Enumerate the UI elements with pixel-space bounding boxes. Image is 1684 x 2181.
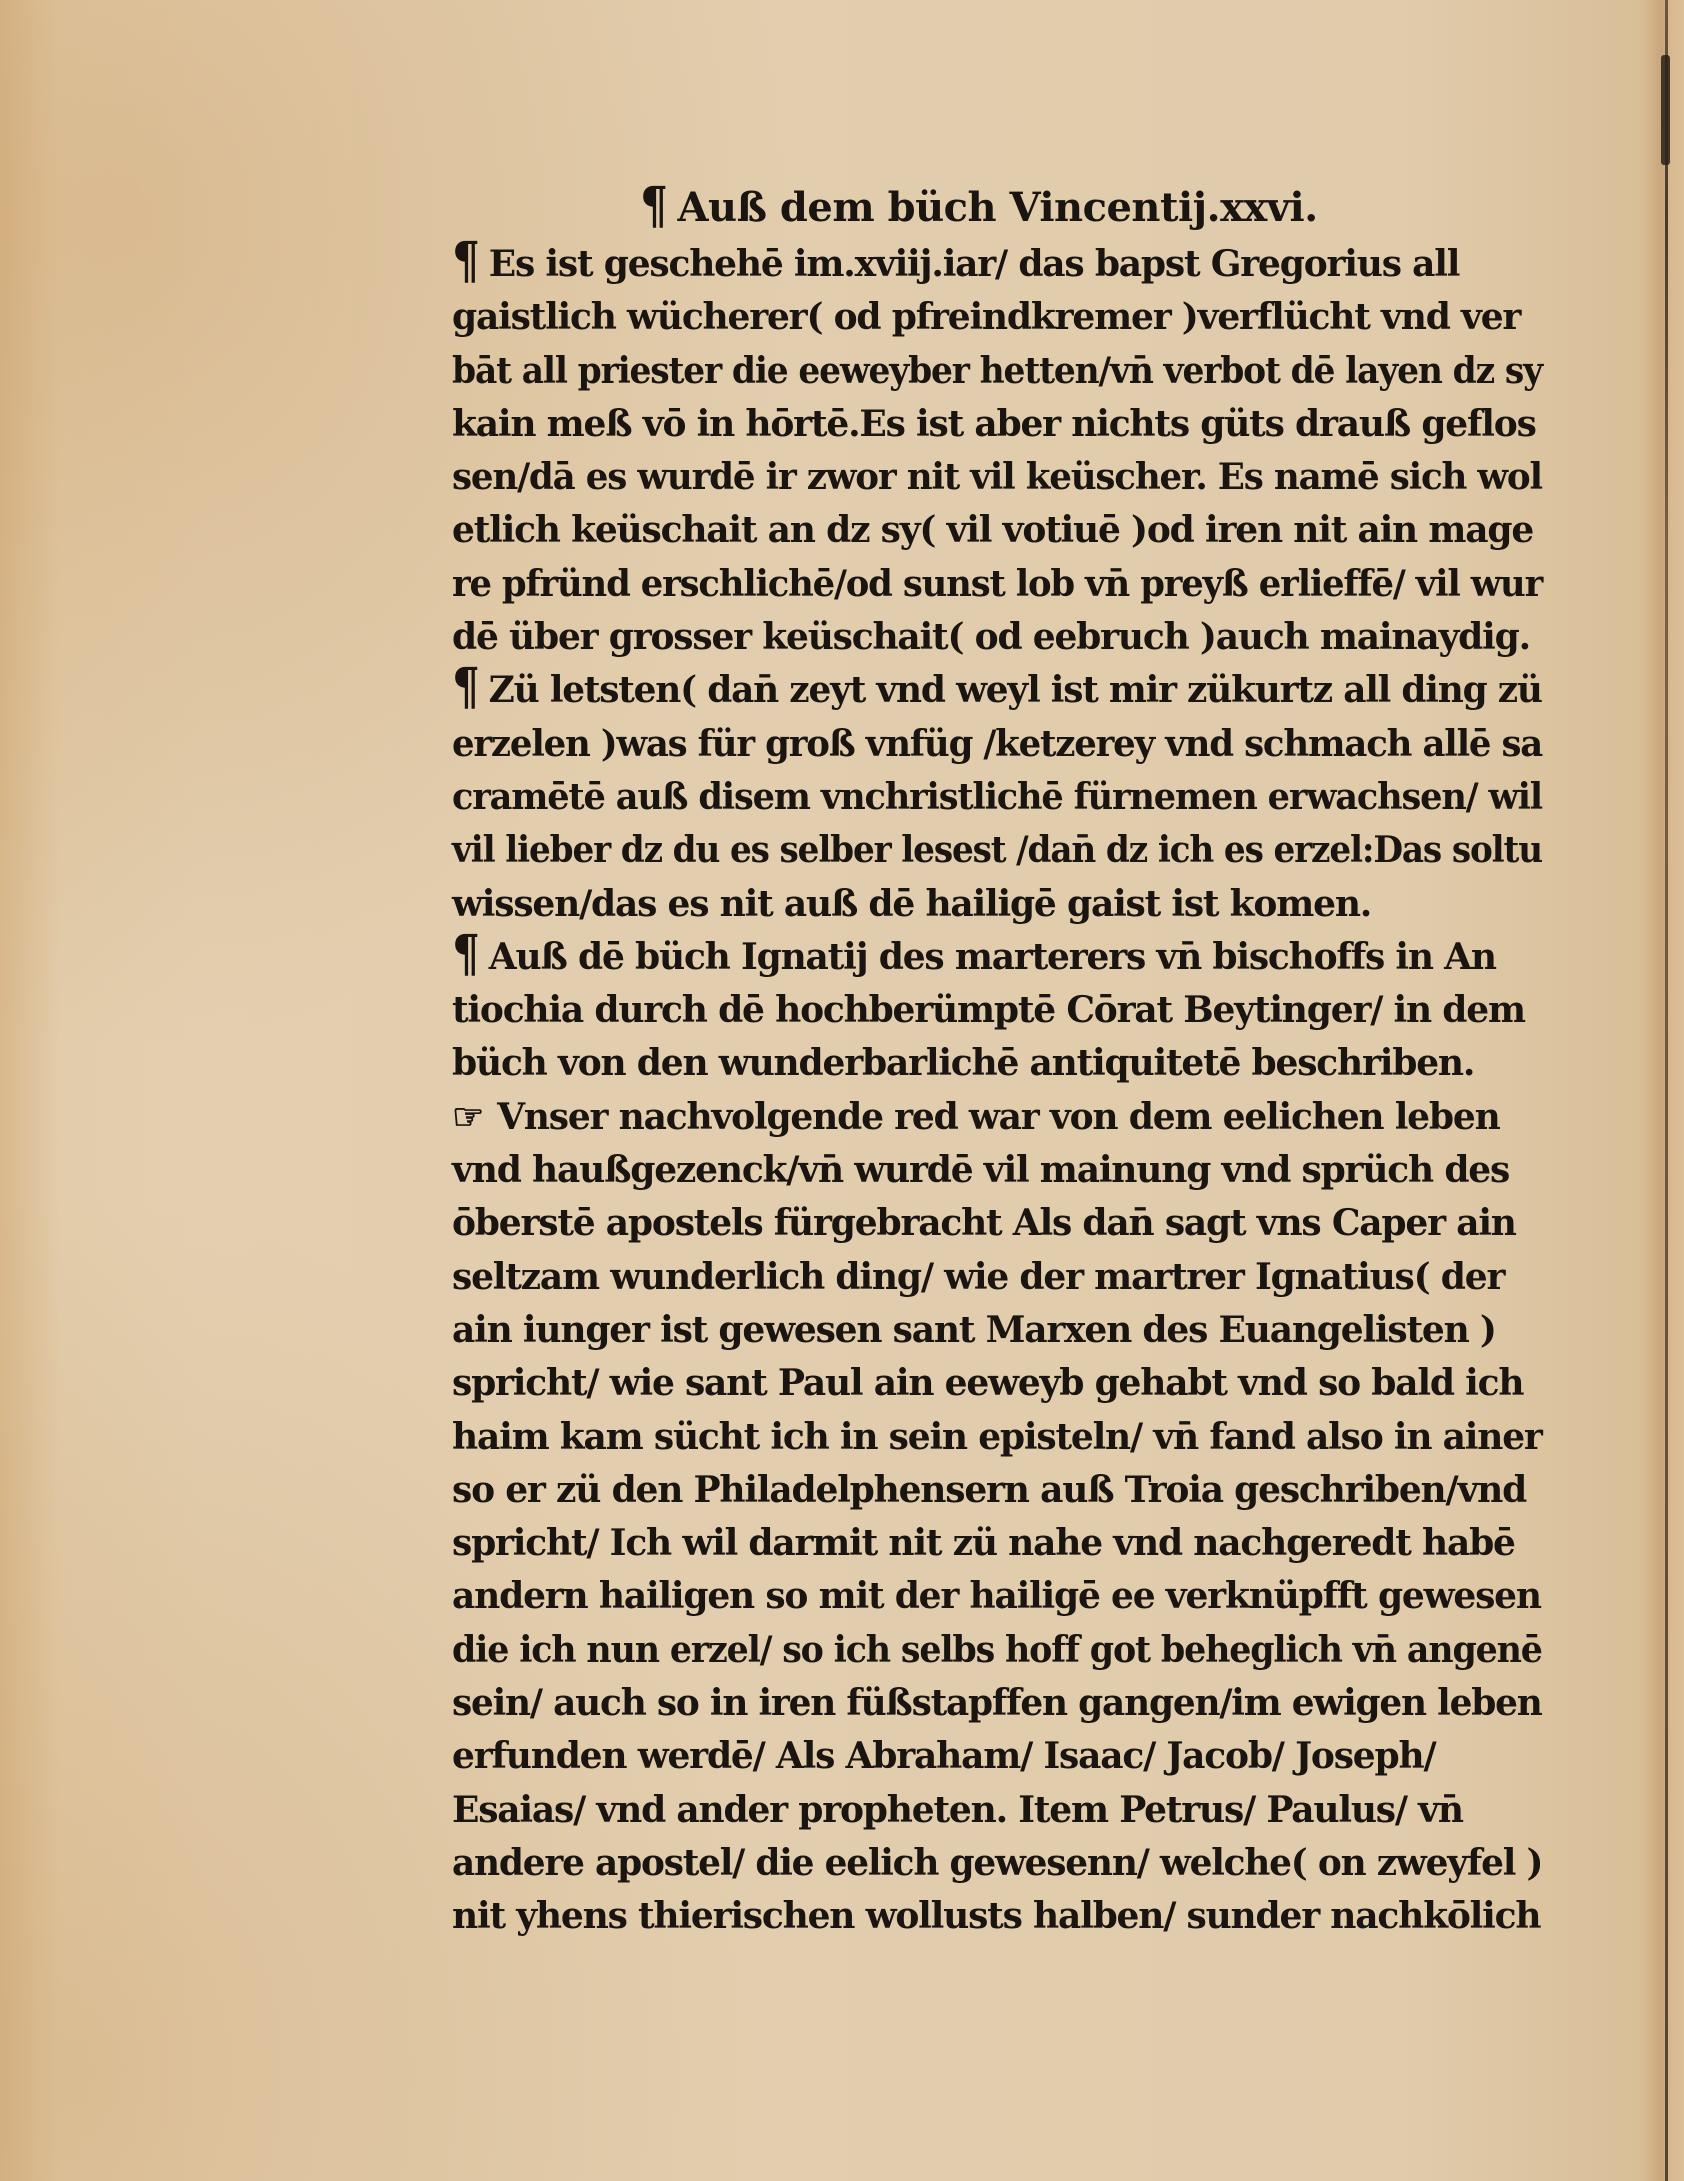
text-line: ¶Auß dē büch Ignatij des marterers vn̄ b…: [452, 931, 1542, 984]
line-text: andere apostel/ die eelich gewesenn/ wel…: [452, 1842, 1542, 1884]
text-line: sein/ auch so in iren füßstapffen gangen…: [452, 1677, 1538, 1730]
line-text: haim kam sücht ich in sein episteln/ vn̄…: [452, 1416, 1542, 1458]
text-line: so er zü den Philadelphensern auß Troia …: [452, 1464, 1542, 1517]
text-line: spricht/ Ich wil darmit nit zü nahe vnd …: [452, 1517, 1542, 1570]
heading-text: Auß dem büch Vincentij.xxvi.: [678, 184, 1318, 231]
text-line: etlich keüschait an dz sy( vil votiuē )o…: [452, 504, 1542, 557]
text-line: die ich nun erzel/ so ich selbs hoff got…: [452, 1624, 1506, 1677]
line-text: etlich keüschait an dz sy( vil votiuē )o…: [452, 509, 1533, 551]
pilcrow-icon: ¶: [452, 930, 479, 981]
line-text: nit yhens thierischen wollusts halben/ s…: [452, 1895, 1540, 1937]
line-text: cramētē auß disem vnchristlichē fürnemen…: [452, 776, 1542, 818]
text-line: dē über grosser keüschait( od eebruch )a…: [452, 611, 1542, 664]
text-line: ¶Zü letsten( dan̄ zeyt vnd weyl ist mir …: [452, 664, 1538, 717]
text-line: büch von den wunderbarlichē antiquitetē …: [452, 1037, 1542, 1090]
text-line: vnd haußgezenck/vn̄ wurdē vil mainung vn…: [452, 1144, 1542, 1197]
pilcrow-icon: ¶: [640, 182, 668, 233]
text-line: erfunden werdē/ Als Abraham/ Isaac/ Jaco…: [452, 1730, 1542, 1783]
line-text: ain iunger ist gewesen sant Marxen des E…: [452, 1309, 1496, 1351]
line-text: so er zü den Philadelphensern auß Troia …: [452, 1469, 1526, 1511]
text-block: ¶Auß dem büch Vincentij.xxvi. ¶Es ist ge…: [452, 178, 1542, 1944]
text-line: ☞Vnser nachvolgende red war von dem eeli…: [452, 1091, 1542, 1144]
line-text: seltzam wunderlich ding/ wie der martrer…: [452, 1256, 1504, 1298]
text-line: re pfründ erschlichē/od sunst lob vn̄ pr…: [452, 558, 1523, 611]
pilcrow-icon: ¶: [452, 237, 479, 288]
text-line: andern hailigen so mit der hailigē ee ve…: [452, 1570, 1542, 1623]
body-lines: ¶Es ist geschehē im.xviij.iar/ das bapst…: [452, 238, 1542, 1944]
line-text: erfunden werdē/ Als Abraham/ Isaac/ Jaco…: [452, 1735, 1435, 1777]
page-binding-tear: [1661, 55, 1670, 165]
line-text: Esaias/ vnd ander propheten. Item Petrus…: [452, 1789, 1463, 1831]
section-heading: ¶Auß dem büch Vincentij.xxvi.: [452, 178, 1542, 238]
line-text: spricht/ wie sant Paul ain eeweyb gehabt…: [452, 1362, 1523, 1404]
text-line: ōberstē apostels fürgebracht Als dan̄ sa…: [452, 1197, 1542, 1250]
text-line: wissen/das es nit auß dē hailigē gaist i…: [452, 878, 1542, 931]
line-text: büch von den wunderbarlichē antiquitetē …: [452, 1042, 1474, 1084]
line-text: spricht/ Ich wil darmit nit zü nahe vnd …: [452, 1522, 1515, 1564]
scanned-page: ¶Auß dem büch Vincentij.xxvi. ¶Es ist ge…: [0, 0, 1684, 2181]
line-text: kain meß vō in hōrtē.Es ist aber nichts …: [452, 403, 1536, 445]
line-text: die ich nun erzel/ so ich selbs hoff got…: [452, 1629, 1542, 1671]
line-text: sen/dā es wurdē ir zwor nit vil keüscher…: [452, 456, 1542, 498]
text-line: haim kam sücht ich in sein episteln/ vn̄…: [452, 1411, 1542, 1464]
text-line: Esaias/ vnd ander propheten. Item Petrus…: [452, 1784, 1542, 1837]
line-text: re pfründ erschlichē/od sunst lob vn̄ pr…: [452, 563, 1542, 605]
line-text: sein/ auch so in iren füßstapffen gangen…: [452, 1682, 1542, 1724]
text-line: erzelen )was für groß vnfüg /ketzerey vn…: [452, 718, 1527, 771]
line-text: tiochia durch dē hochberümptē Cōrat Beyt…: [452, 989, 1525, 1031]
text-line: tiochia durch dē hochberümptē Cōrat Beyt…: [452, 984, 1542, 1037]
line-text: andern hailigen so mit der hailigē ee ve…: [452, 1575, 1541, 1617]
line-text: vnd haußgezenck/vn̄ wurdē vil mainung vn…: [452, 1149, 1509, 1191]
line-text: gaistlich wücherer( od pfreindkremer )ve…: [452, 296, 1520, 338]
line-text: Es ist geschehē im.xviij.iar/ das bapst …: [489, 243, 1459, 285]
text-line: seltzam wunderlich ding/ wie der martrer…: [452, 1251, 1542, 1304]
line-text: erzelen )was für groß vnfüg /ketzerey vn…: [452, 723, 1542, 765]
text-line: spricht/ wie sant Paul ain eeweyb gehabt…: [452, 1357, 1542, 1410]
text-line: ¶Es ist geschehē im.xviij.iar/ das bapst…: [452, 238, 1542, 291]
text-line: nit yhens thierischen wollusts halben/ s…: [452, 1890, 1542, 1943]
line-text: vil lieber dz du es selber lesest /dan̄ …: [452, 829, 1542, 871]
line-text: dē über grosser keüschait( od eebruch )a…: [452, 616, 1530, 658]
pilcrow-icon: ¶: [452, 663, 479, 714]
text-line: ain iunger ist gewesen sant Marxen des E…: [452, 1304, 1542, 1357]
page-fold-edge: [1665, 0, 1668, 2181]
manicule-icon: ☞: [452, 1091, 483, 1144]
text-line: vil lieber dz du es selber lesest /dan̄ …: [452, 824, 1489, 877]
text-line: sen/dā es wurdē ir zwor nit vil keüscher…: [452, 451, 1531, 504]
line-text: Zü letsten( dan̄ zeyt vnd weyl ist mir z…: [489, 669, 1542, 711]
text-line: andere apostel/ die eelich gewesenn/ wel…: [452, 1837, 1538, 1890]
line-text: ōberstē apostels fürgebracht Als dan̄ sa…: [452, 1202, 1516, 1244]
text-line: kain meß vō in hōrtē.Es ist aber nichts …: [452, 398, 1542, 451]
text-line: bāt all priester die eeweyber hetten/vn̄…: [452, 345, 1495, 398]
line-text: Auß dē büch Ignatij des marterers vn̄ bi…: [489, 936, 1496, 978]
line-text: Vnser nachvolgende red war von dem eelic…: [497, 1096, 1499, 1138]
line-text: bāt all priester die eeweyber hetten/vn̄…: [452, 350, 1542, 392]
line-text: wissen/das es nit auß dē hailigē gaist i…: [452, 883, 1371, 925]
text-line: gaistlich wücherer( od pfreindkremer )ve…: [452, 291, 1542, 344]
text-line: cramētē auß disem vnchristlichē fürnemen…: [452, 771, 1517, 824]
